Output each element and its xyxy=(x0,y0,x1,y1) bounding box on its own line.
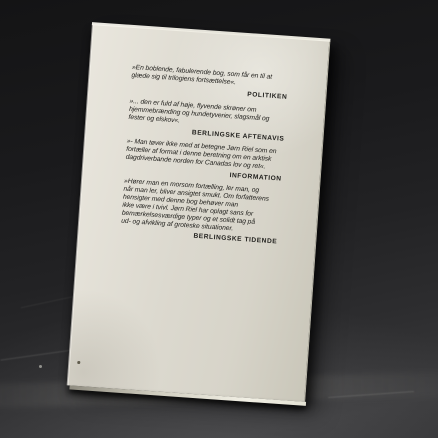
review-quote-berlingske-aftenavis: »... den er fuld af høje, flyvende skrøn… xyxy=(127,98,286,143)
background-speck xyxy=(39,365,42,368)
photo-background: »En boblende, fabulerende bog, som får e… xyxy=(0,0,438,438)
review-quote-information: »- Man tøver ikke med at betegne Jørn Ri… xyxy=(125,138,284,183)
book-back-cover: »En boblende, fabulerende bog, som får e… xyxy=(68,24,331,402)
review-quote-politiken: »En boblende, fabulerende bog, som får e… xyxy=(130,64,288,101)
review-quote-berlingske-tidende: »Hører man en morsom fortælling, ler man… xyxy=(120,178,281,247)
review-quote-text: »Hører man en morsom fortælling, ler man… xyxy=(121,178,281,237)
review-quotes: »En boblende, fabulerende bog, som får e… xyxy=(120,64,289,252)
cover-speck xyxy=(77,361,80,364)
